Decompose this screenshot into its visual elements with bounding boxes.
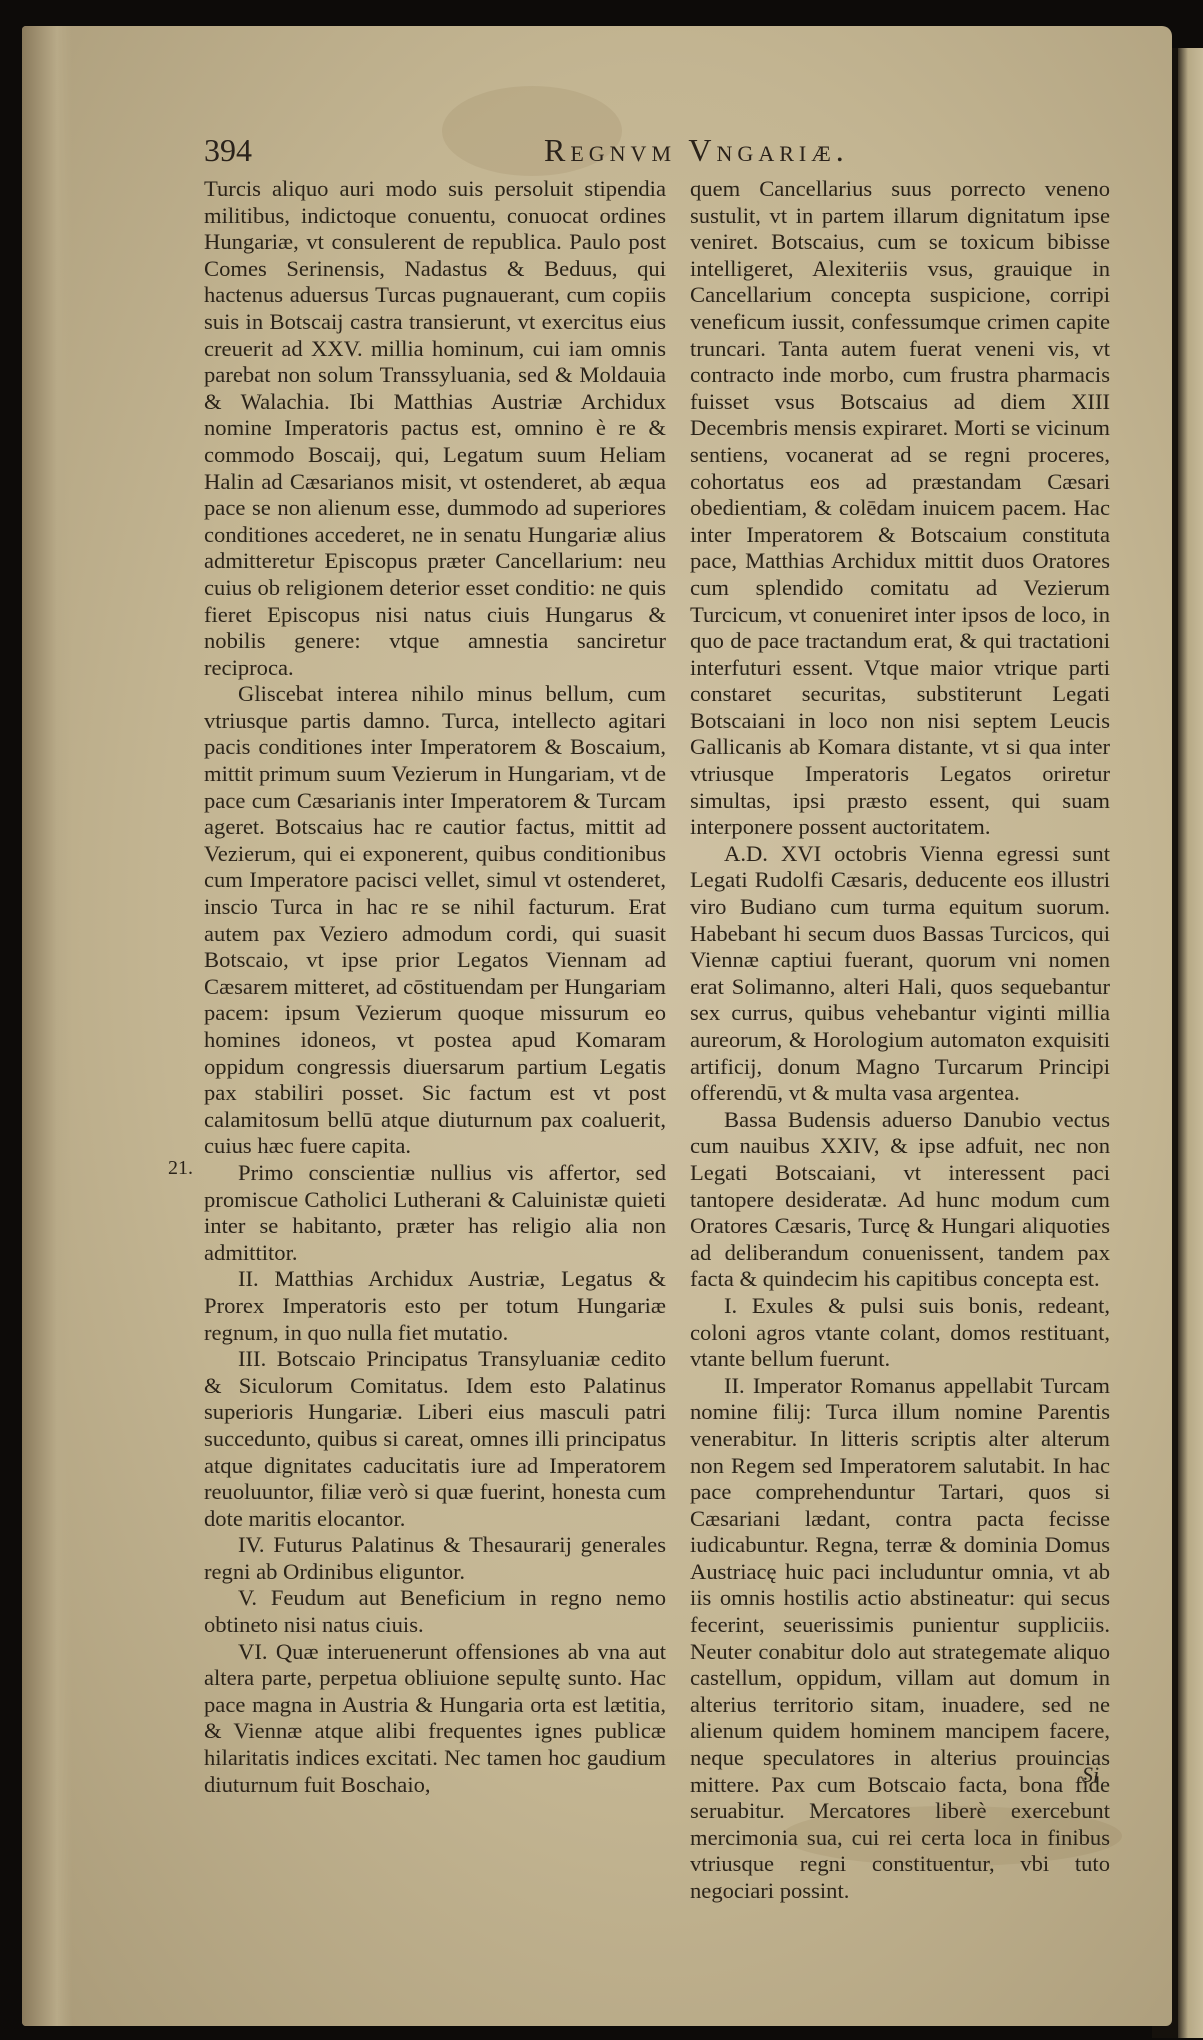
margin-note: 21. [168, 1157, 193, 1180]
page-number: 394 [204, 132, 252, 169]
paragraph: IV. Futurus Palatinus & Thesaurarij gene… [204, 1532, 666, 1585]
paragraph: A.D. XVI octobris Vienna egressi sunt Le… [690, 841, 1110, 1107]
right-column: quem Cancellarius suus porrecto veneno s… [690, 176, 1110, 1905]
paragraph: Bassa Budensis aduerso Danubio vectus cu… [690, 1107, 1110, 1293]
paragraph: VI. Quæ interuenerunt offensiones ab vna… [204, 1639, 666, 1799]
catchword: Si [1082, 1762, 1099, 1788]
adjacent-page-edge [1178, 48, 1203, 2038]
paragraph: Gliscebat interea nihilo minus bellum, c… [204, 681, 666, 1160]
running-title: Regnvm Vngariæ. [544, 132, 849, 169]
paragraph: III. Botscaio Principatus Transyluaniæ c… [204, 1346, 666, 1532]
left-column: Turcis aliquo auri modo suis persoluit s… [204, 176, 666, 1798]
paragraph: Turcis aliquo auri modo suis persoluit s… [204, 176, 666, 681]
paragraph: V. Feudum aut Beneficium in regno nemo o… [204, 1585, 666, 1638]
paragraph: I. Exules & pulsi suis bonis, redeant, c… [690, 1293, 1110, 1373]
paragraph: II. Imperator Romanus appellabit Turcam … [690, 1373, 1110, 1905]
page-header: 394 Regnvm Vngariæ. [204, 132, 1203, 172]
paragraph: Primo conscientiæ nullius vis affertor, … [204, 1160, 666, 1266]
page-gutter-shadow [22, 26, 72, 2026]
paragraph: II. Matthias Archidux Austriæ, Legatus &… [204, 1266, 666, 1346]
paragraph: quem Cancellarius suus porrecto veneno s… [690, 176, 1110, 841]
